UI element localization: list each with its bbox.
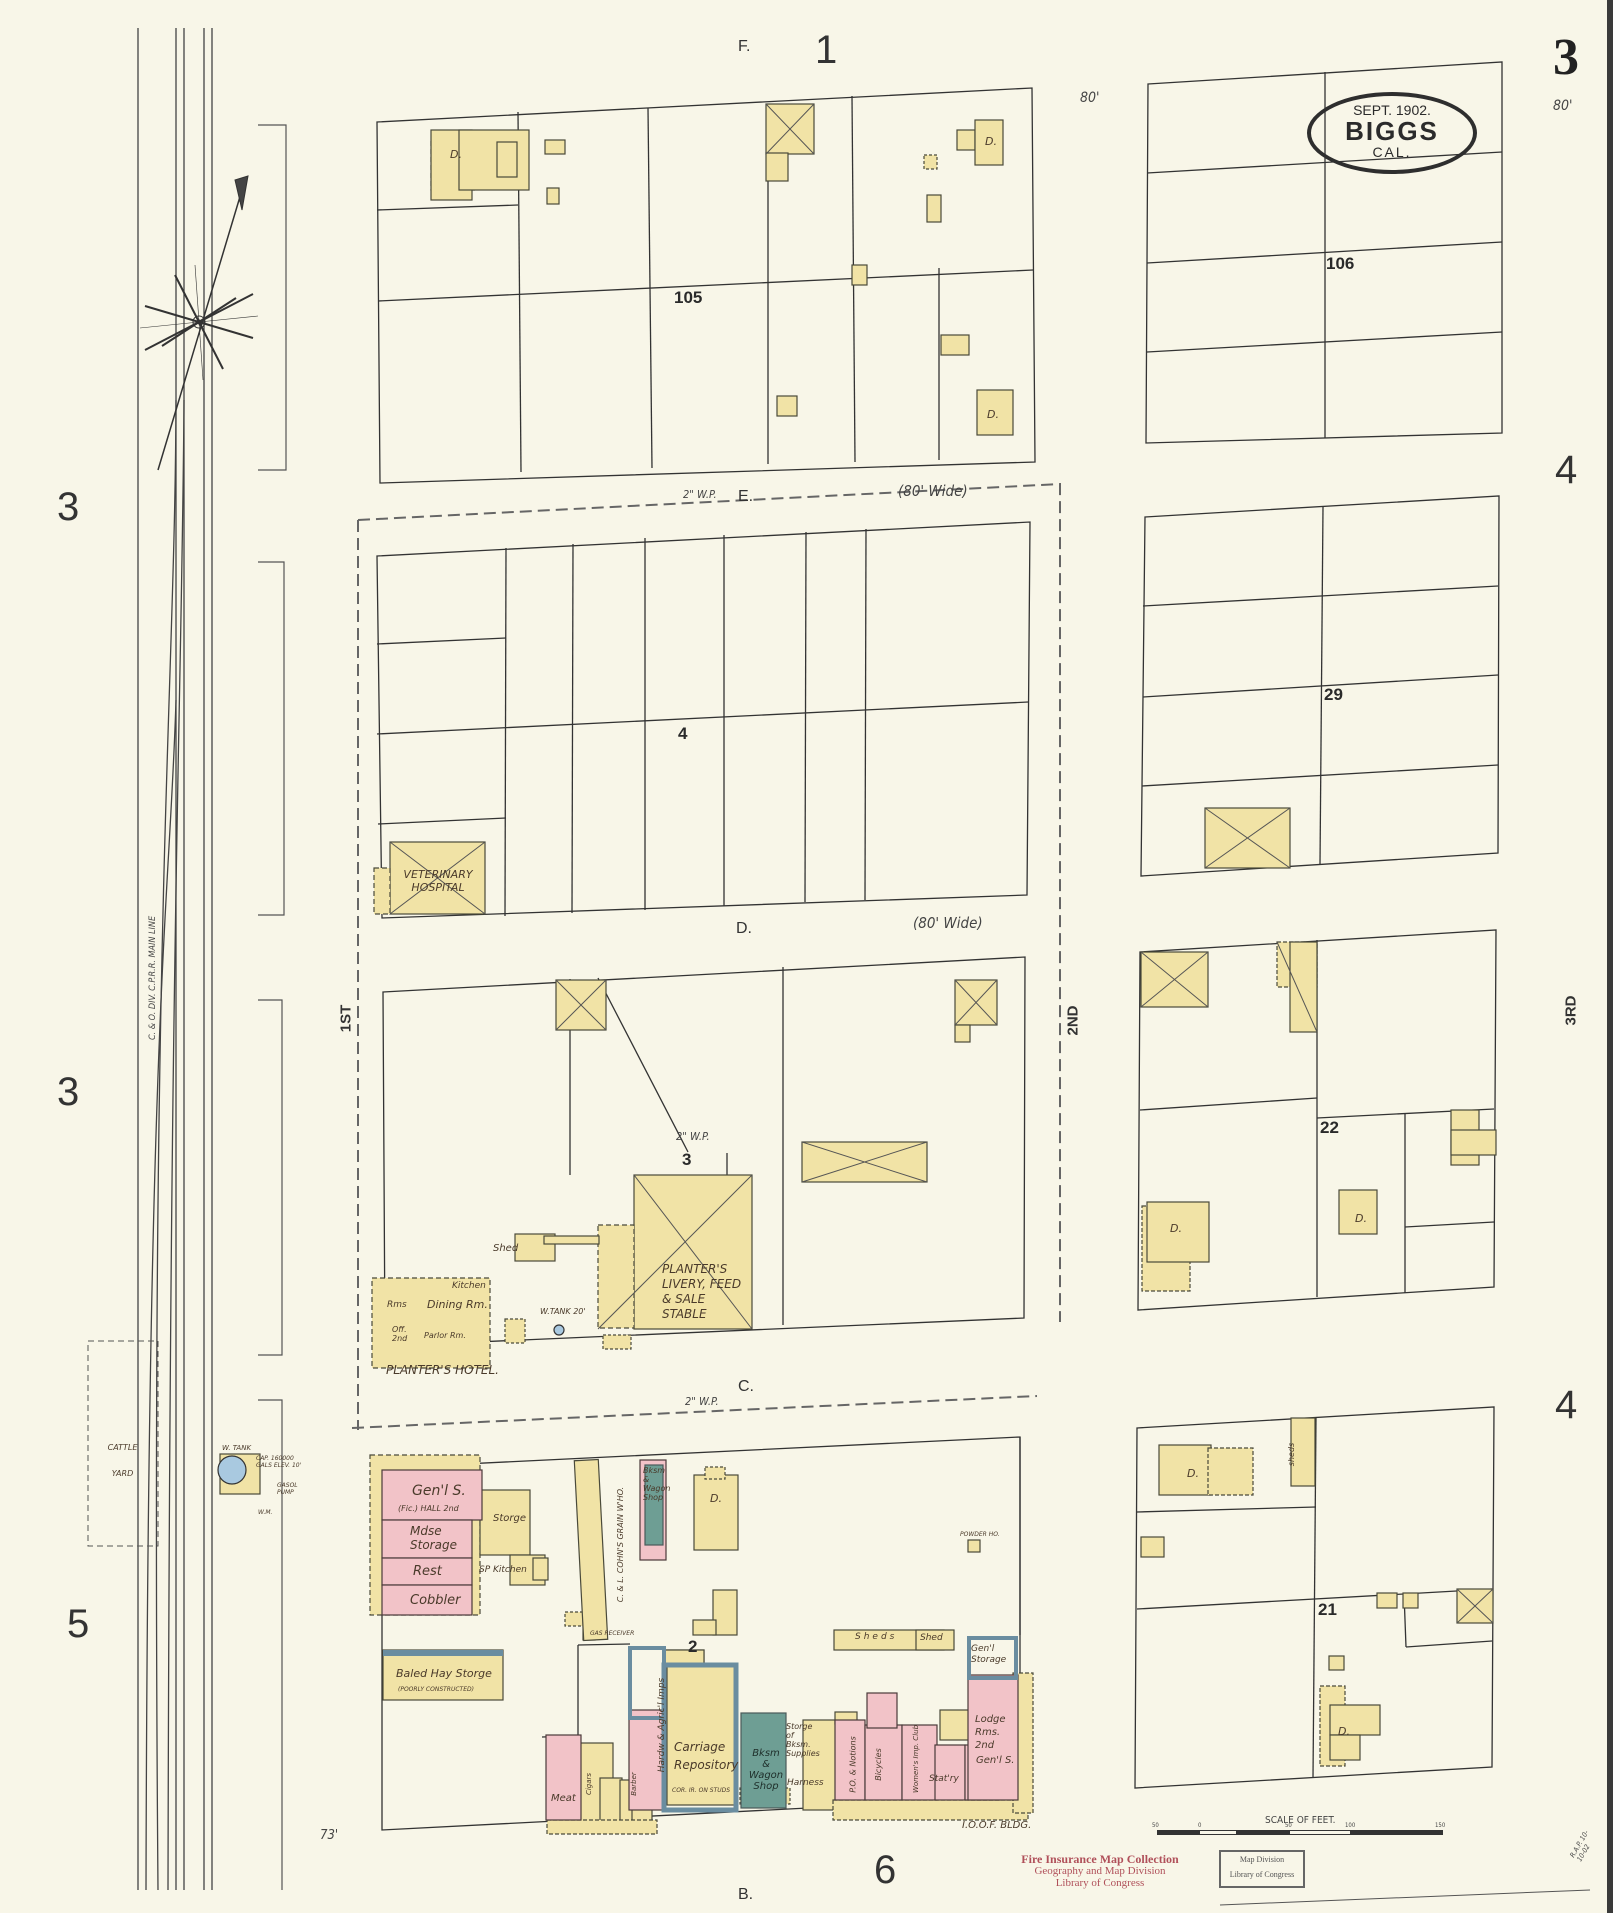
bicycles-label: Bicycles [874, 1748, 883, 1781]
cigars-label: Cigars [585, 1773, 593, 1795]
general-store-label: Gen'l S. [412, 1483, 466, 1499]
sheet-number: 3 [1553, 28, 1579, 87]
general-storage-label: Gen'l Storage [971, 1644, 1015, 1666]
library-of-congress-stamp: Fire Insurance Map Collection Geography … [1015, 1853, 1185, 1889]
powder-house-label: POWDER HO. [960, 1531, 1000, 1538]
poorly-constructed-label: (POORLY CONSTRUCTED) [398, 1686, 474, 1693]
map-title: BIGGS [1311, 118, 1473, 144]
map-linework [0, 0, 1613, 1913]
dwelling-label: D. [1355, 1212, 1367, 1225]
adjacent-sheet-left-middle[interactable]: 3 [57, 1070, 79, 1115]
cattle-yard-label: CATTLE YARD [100, 1435, 145, 1487]
hardware-label: Hardw & Agric'l Imps [657, 1678, 667, 1772]
dwelling-label: D. [1170, 1222, 1182, 1235]
street-d: D. [736, 920, 752, 938]
dwelling-label: D. [710, 1492, 722, 1505]
scale-tick: 100 [1345, 1822, 1355, 1829]
adjacent-sheet-top[interactable]: 1 [815, 28, 837, 73]
scale-label: SCALE OF FEET. [1265, 1815, 1336, 1826]
street-f: F. [738, 38, 750, 56]
sheds-label: sheds [1287, 1443, 1296, 1466]
carriage-repository-label: Carriage Repository [674, 1738, 734, 1774]
scale-bar [1157, 1830, 1443, 1835]
street-c: C. [738, 1378, 754, 1396]
street-e-width: (80' Wide) [898, 482, 968, 500]
width-label: 80' [1553, 98, 1572, 114]
scale-tick: 50 [1152, 1822, 1159, 1829]
dwelling-label: D. [1338, 1725, 1350, 1738]
adjacent-sheet-right-lower[interactable]: 4 [1555, 1383, 1577, 1428]
stamp-line: Geography and Map Division [1015, 1865, 1185, 1877]
shed-label: Shed [920, 1633, 943, 1643]
kitchen-label: SP Kitchen [479, 1565, 527, 1575]
harness-label: Harness [787, 1778, 824, 1788]
water-tank-icon [218, 1456, 246, 1484]
post-office-label: P.O. & Notions [849, 1736, 858, 1792]
block-number: 4 [678, 724, 687, 744]
scale-tick: 50 [1285, 1822, 1292, 1829]
womens-club-label: Women's Imp. Club [912, 1725, 920, 1793]
railroad-label: C. & O. DIV. C.P.R.R. MAIN LINE [148, 916, 158, 1040]
stamp-line: Map Division [1221, 1852, 1303, 1867]
width-label: 80' [1080, 90, 1099, 106]
lodge-rooms-label: Lodge Rms. 2nd [975, 1713, 1015, 1752]
page-edge [1607, 0, 1613, 1913]
grain-warehouse-label: C. & L. COHN'S GRAIN W'HO. [616, 1487, 625, 1602]
block-number: 22 [1320, 1118, 1339, 1138]
adjacent-sheet-bottom[interactable]: 6 [874, 1848, 896, 1893]
veterinary-hospital-label: VETERINARY HOSPITAL [392, 868, 484, 894]
livery-stable-label: PLANTER'S LIVERY, FEED & SALE STABLE [662, 1262, 752, 1322]
block-number: 106 [1326, 254, 1354, 274]
ioof-building-label: I.O.O.F. BLDG. [962, 1820, 1031, 1831]
water-pipe-label: 2" W.P. [685, 1395, 719, 1408]
scale-tick: 150 [1435, 1822, 1445, 1829]
barber-label: Barber [630, 1772, 638, 1796]
block-number: 21 [1318, 1600, 1337, 1620]
blacksmith-shop-label: Bksm & Wagon Shop [643, 1466, 669, 1502]
street-2nd: 2ND [1065, 1005, 1082, 1035]
width-label: 73' [320, 1828, 338, 1843]
adjacent-sheet-right-upper[interactable]: 4 [1555, 448, 1577, 493]
dwelling-label: D. [1187, 1467, 1199, 1480]
map-division-stamp: Map Division Library of Congress [1219, 1850, 1305, 1888]
water-tank-label: W. TANK [222, 1444, 251, 1452]
scale-tick: 0 [1198, 1822, 1201, 1829]
street-3rd: 3RD [1563, 995, 1580, 1025]
w-tank-label: W.TANK 20' [540, 1307, 586, 1316]
merchandise-storage-label: Mdse Storage [410, 1524, 470, 1552]
blacksmith-supplies-label: Storge of Bksm. Supplies [786, 1722, 814, 1758]
block-number: 29 [1324, 685, 1343, 705]
water-pipe-label: 2" W.P. [676, 1130, 710, 1143]
rooms-label: Rms [387, 1300, 407, 1310]
carriage-note-label: COR. IR. ON STUDS [672, 1787, 730, 1794]
blacksmith-shop-label: Bksm & Wagon Shop [748, 1748, 784, 1792]
office-label: Off. 2nd [392, 1325, 416, 1343]
block-number: 105 [674, 288, 702, 308]
dwelling-label: D. [450, 148, 462, 161]
water-meter-label: W.M. [258, 1509, 272, 1516]
cobbler-label: Cobbler [410, 1593, 461, 1608]
restaurant-label: Rest [413, 1564, 442, 1579]
map-sheet: 3 SEPT. 1902. BIGGS CAL. 1 3 3 5 4 4 6 F… [0, 0, 1613, 1913]
stationery-label: Stat'ry [929, 1774, 959, 1784]
parlor-room-label: Parlor Rm. [424, 1331, 466, 1340]
hall-label: (Fic.) HALL 2nd [398, 1504, 459, 1513]
street-e: E. [738, 488, 753, 506]
baled-hay-label: Baled Hay Storge [396, 1667, 492, 1680]
dwelling-label: D. [987, 408, 999, 421]
adjacent-sheet-left-upper[interactable]: 3 [57, 485, 79, 530]
block-number: 3 [682, 1150, 691, 1170]
gas-receiver-label: GAS RECEIVER [590, 1630, 634, 1637]
storage-label: Storge [493, 1513, 526, 1524]
meat-label: Meat [551, 1793, 576, 1804]
dining-room-label: Dining Rm. [427, 1298, 488, 1311]
stamp-line: Fire Insurance Map Collection [1015, 1853, 1185, 1865]
tank-capacity-label: CAP. 160000 GALS ELEV. 10' [256, 1455, 306, 1469]
dwelling-label: D. [985, 135, 997, 148]
gasoline-pump-label: GASOL PUMP [277, 1482, 307, 1496]
street-b: B. [738, 1886, 753, 1904]
adjacent-sheet-left-lower[interactable]: 5 [67, 1602, 89, 1647]
stamp-line: Library of Congress [1221, 1867, 1303, 1882]
stamp-line: Library of Congress [1015, 1877, 1185, 1889]
water-pipe-label: 2" W.P. [683, 488, 717, 501]
shed-label: Shed [493, 1243, 518, 1254]
title-cartouche: SEPT. 1902. BIGGS CAL. [1307, 92, 1477, 174]
street-1st: 1ST [337, 1005, 354, 1033]
kitchen-label: Kitchen [452, 1281, 486, 1291]
street-d-width: (80' Wide) [913, 914, 983, 932]
map-state: CAL. [1311, 144, 1473, 160]
compass-rose-icon [140, 176, 258, 470]
general-store-label: Gen'l S. [976, 1755, 1014, 1766]
block-number: 2 [688, 1637, 697, 1657]
sheds-label: Sheds [855, 1632, 897, 1642]
planters-hotel-label: PLANTER'S HOTEL. [386, 1363, 499, 1377]
